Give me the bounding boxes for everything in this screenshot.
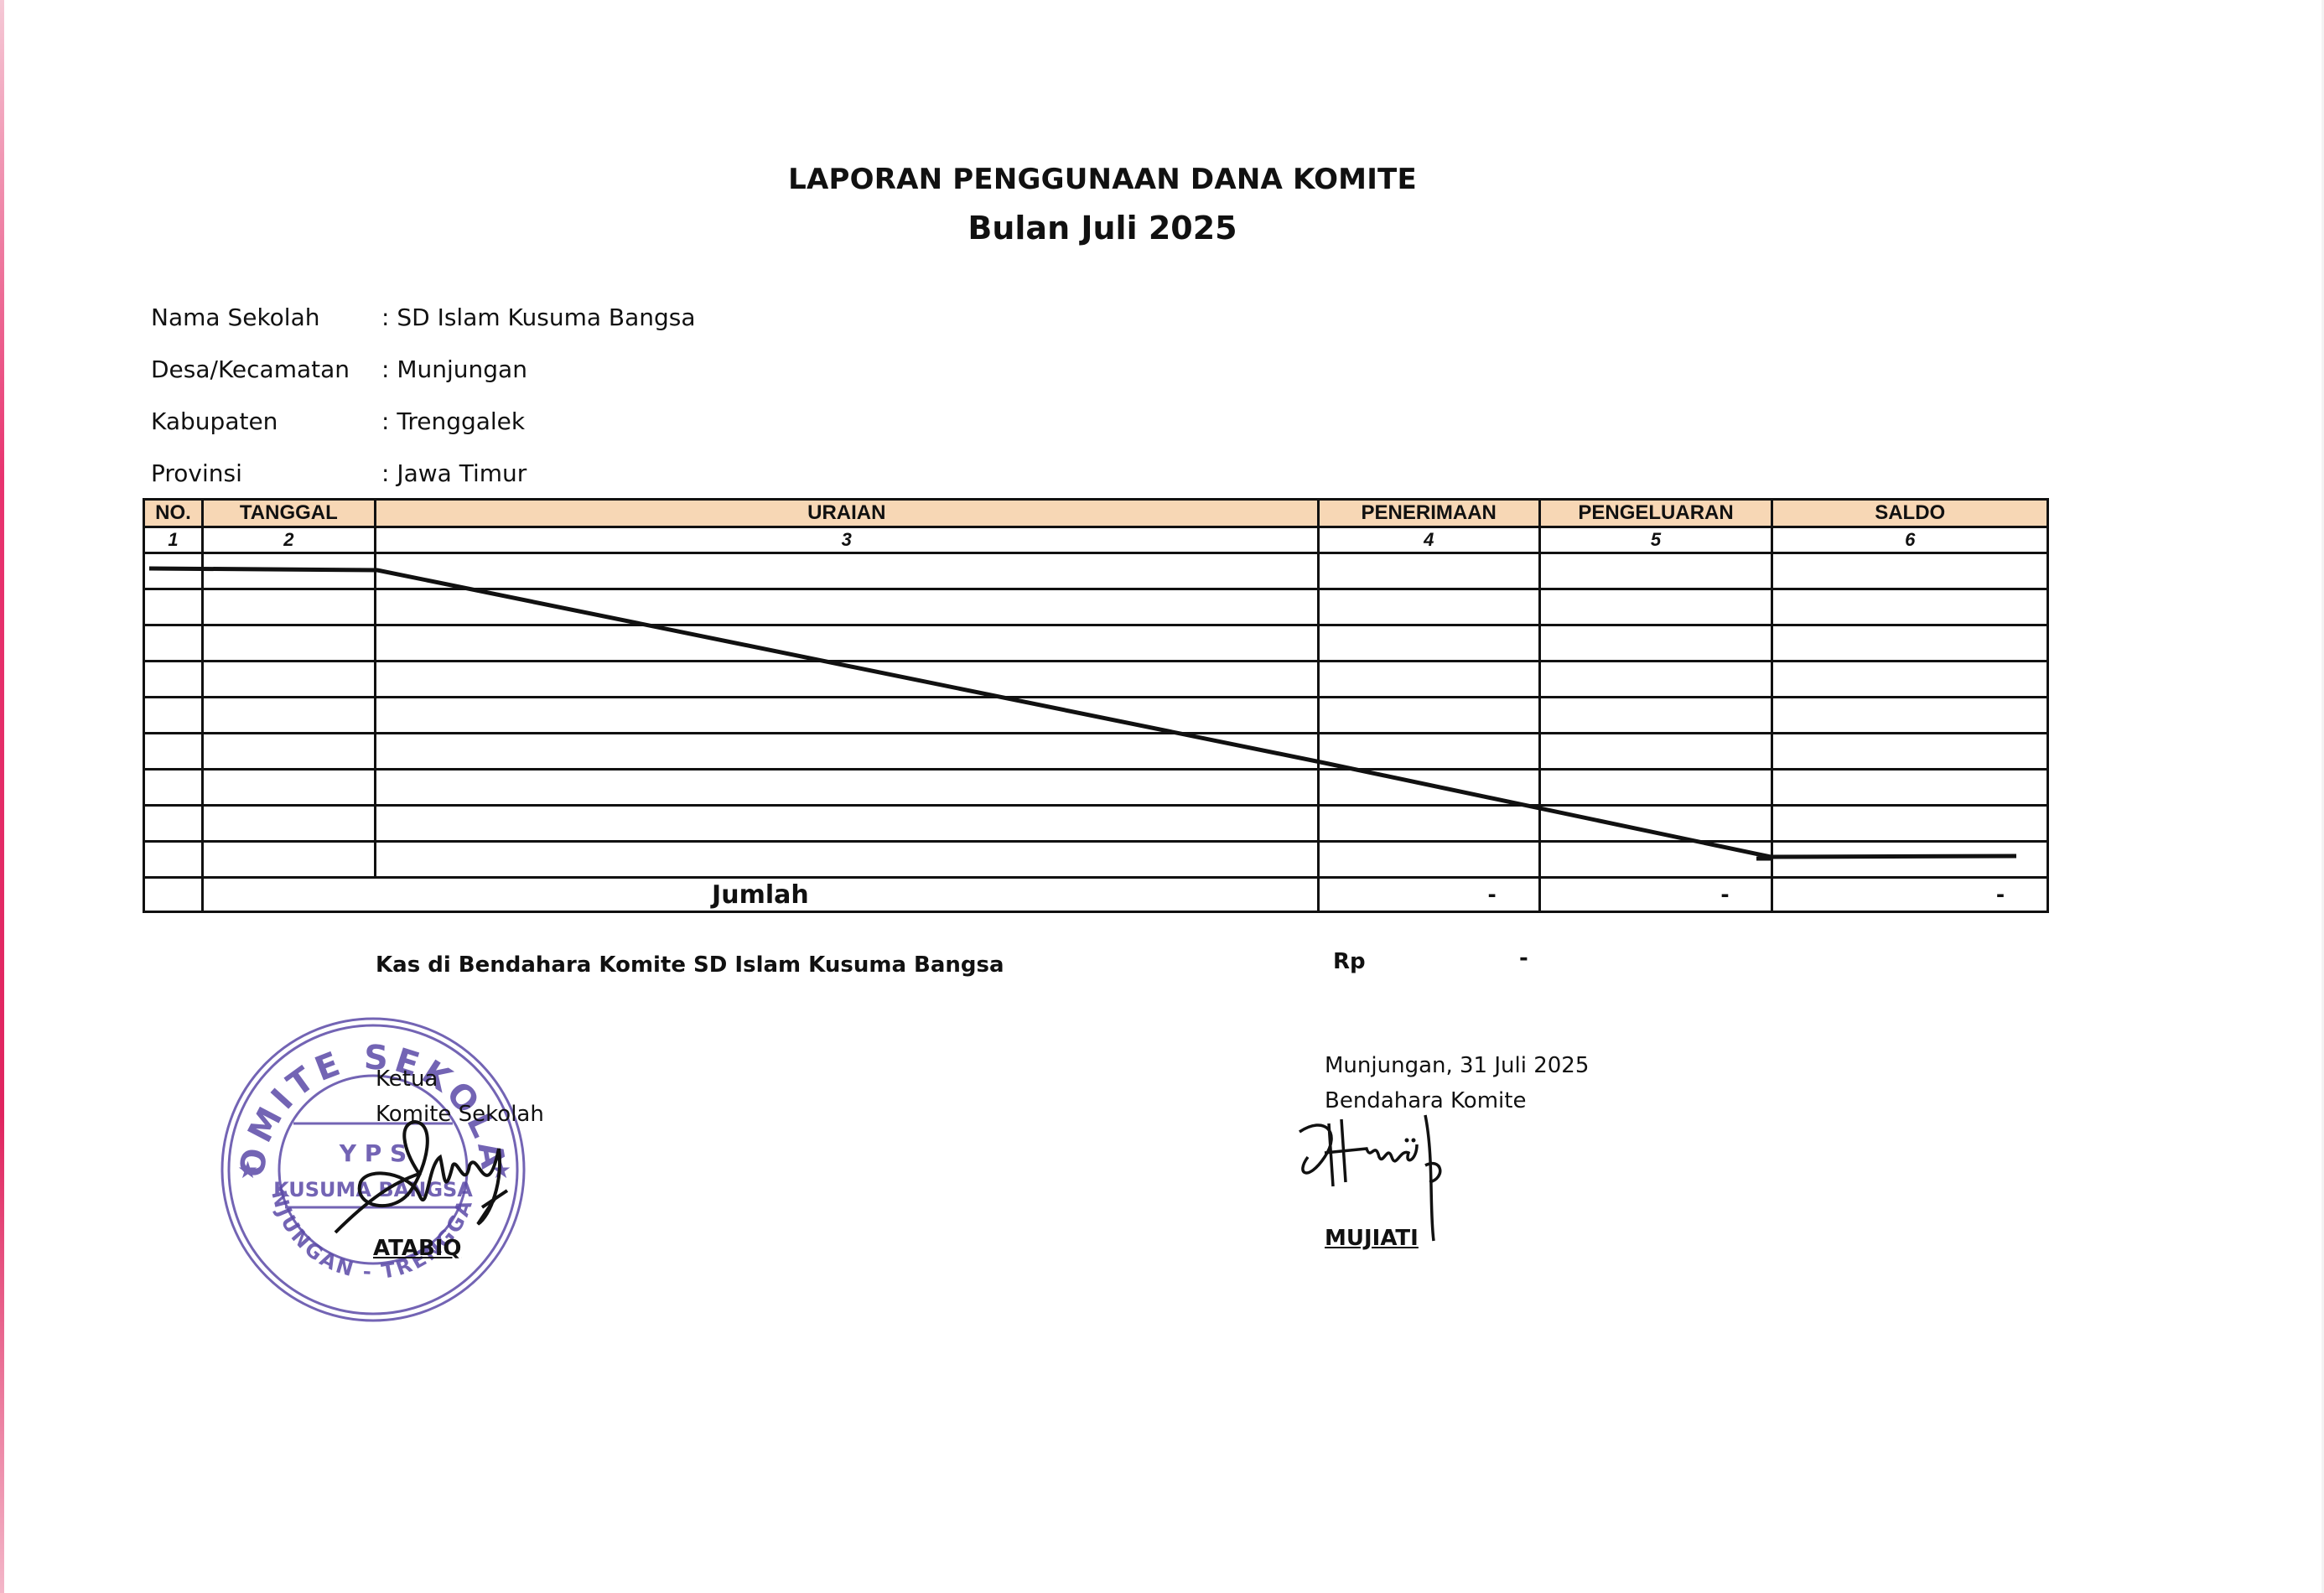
info-label: Kabupaten (151, 407, 381, 459)
school-info: Nama Sekolah : SD Islam Kusuma Bangsa De… (151, 304, 696, 511)
table-cell (202, 734, 375, 770)
table-cell (1772, 553, 2048, 589)
committee-stamp: KOMITE SEKOLAH MUNJUNGAN - TRENGGALEK Y … (214, 1010, 532, 1329)
table-cell (375, 806, 1318, 842)
table-row (144, 662, 2048, 698)
table-cell (202, 625, 375, 662)
table-row (144, 553, 2048, 589)
info-value: : Munjungan (381, 355, 527, 407)
table-row (144, 734, 2048, 770)
table-cell (144, 625, 203, 662)
info-row-school: Nama Sekolah : SD Islam Kusuma Bangsa (151, 304, 696, 355)
table-cell (1318, 625, 1539, 662)
table-row (144, 770, 2048, 806)
column-header-date: TANGGAL (202, 500, 375, 527)
table-cell (1772, 734, 2048, 770)
total-balance: - (1772, 878, 2048, 912)
table-cell (1772, 770, 2048, 806)
table-row (144, 625, 2048, 662)
treasurer-signature-block: Munjungan, 31 Juli 2025 Bendahara Komite (1325, 1048, 1589, 1118)
table-row (144, 589, 2048, 625)
svg-text:Y P S: Y P S (339, 1139, 407, 1167)
column-header-balance: SALDO (1772, 500, 2048, 527)
column-number: 3 (375, 527, 1318, 553)
total-income: - (1318, 878, 1539, 912)
column-number-row: 1 2 3 4 5 6 (144, 527, 2048, 553)
table-cell (1318, 842, 1539, 878)
table-cell (375, 625, 1318, 662)
info-label: Nama Sekolah (151, 304, 381, 355)
table-cell (1318, 770, 1539, 806)
info-value: : SD Islam Kusuma Bangsa (381, 304, 696, 355)
table-cell (1772, 589, 2048, 625)
table-cell (1318, 553, 1539, 589)
total-expense: - (1539, 878, 1772, 912)
table-cell (1318, 734, 1539, 770)
column-number: 2 (202, 527, 375, 553)
cash-label: Kas di Bendahara Komite SD Islam Kusuma … (376, 952, 1004, 978)
column-header-description: URAIAN (375, 500, 1318, 527)
column-number: 6 (1772, 527, 2048, 553)
info-label: Desa/Kecamatan (151, 355, 381, 407)
table-cell (202, 842, 375, 878)
chair-name: ATABIQ (373, 1236, 462, 1261)
table-cell (1539, 625, 1772, 662)
table-cell (1772, 662, 2048, 698)
total-no-cell (144, 878, 203, 912)
ledger-table: NO. TANGGAL URAIAN PENERIMAAN PENGELUARA… (143, 498, 2049, 913)
place-date: Munjungan, 31 Juli 2025 (1325, 1048, 1589, 1083)
table-cell (144, 589, 203, 625)
table-cell (1318, 698, 1539, 734)
table-cell (202, 662, 375, 698)
column-number: 4 (1318, 527, 1539, 553)
table-cell (1539, 553, 1772, 589)
chair-signature-block: Ketua Komite Sekolah (376, 1061, 544, 1132)
table-cell (144, 698, 203, 734)
table-cell (202, 589, 375, 625)
table-cell (1772, 842, 2048, 878)
table-cell (375, 770, 1318, 806)
table-cell (1539, 842, 1772, 878)
table-header-row: NO. TANGGAL URAIAN PENERIMAAN PENGELUARA… (144, 500, 2048, 527)
table-row (144, 698, 2048, 734)
cash-value: - (1519, 946, 1528, 971)
svg-text:★: ★ (237, 1156, 258, 1184)
table-cell (375, 734, 1318, 770)
document-title: LAPORAN PENGGUNAAN DANA KOMITE (0, 163, 2205, 196)
column-header-no: NO. (144, 500, 203, 527)
info-row-regency: Kabupaten : Trenggalek (151, 407, 696, 459)
table-cell (1318, 806, 1539, 842)
total-label: Jumlah (202, 878, 1318, 912)
table-cell (1318, 589, 1539, 625)
column-number: 1 (144, 527, 203, 553)
table-cell (375, 842, 1318, 878)
table-cell (202, 553, 375, 589)
table-cell (202, 698, 375, 734)
table-cell (202, 770, 375, 806)
info-row-district: Desa/Kecamatan : Munjungan (151, 355, 696, 407)
table-cell (375, 662, 1318, 698)
chair-role-line2: Komite Sekolah (376, 1097, 544, 1132)
table-cell (375, 589, 1318, 625)
svg-text:KUSUMA BANGSA: KUSUMA BANGSA (273, 1178, 473, 1201)
table-cell (375, 553, 1318, 589)
table-cell (1539, 806, 1772, 842)
table-row (144, 842, 2048, 878)
table-cell (1539, 770, 1772, 806)
table-cell (1539, 698, 1772, 734)
chair-role-line1: Ketua (376, 1061, 544, 1097)
total-row: Jumlah - - - (144, 878, 2048, 912)
table-cell (375, 698, 1318, 734)
table-cell (144, 734, 203, 770)
table-cell (202, 806, 375, 842)
info-value: : Trenggalek (381, 407, 525, 459)
table-cell (1772, 698, 2048, 734)
table-cell (1772, 625, 2048, 662)
table-cell (1539, 662, 1772, 698)
table-cell (144, 842, 203, 878)
table-cell (1772, 806, 2048, 842)
treasurer-name: MUJIATI (1325, 1226, 1419, 1251)
column-header-income: PENERIMAAN (1318, 500, 1539, 527)
table-cell (144, 770, 203, 806)
table-cell (1539, 734, 1772, 770)
column-number: 5 (1539, 527, 1772, 553)
table-cell (1318, 662, 1539, 698)
table-row (144, 806, 2048, 842)
document-subtitle: Bulan Juli 2025 (0, 210, 2205, 246)
table-cell (144, 662, 203, 698)
table-cell (1539, 589, 1772, 625)
treasurer-role: Bendahara Komite (1325, 1083, 1589, 1118)
column-header-expense: PENGELUARAN (1539, 500, 1772, 527)
table-cell (144, 806, 203, 842)
svg-text:★: ★ (490, 1156, 511, 1184)
cash-currency: Rp (1333, 949, 1366, 974)
table-cell (144, 553, 203, 589)
